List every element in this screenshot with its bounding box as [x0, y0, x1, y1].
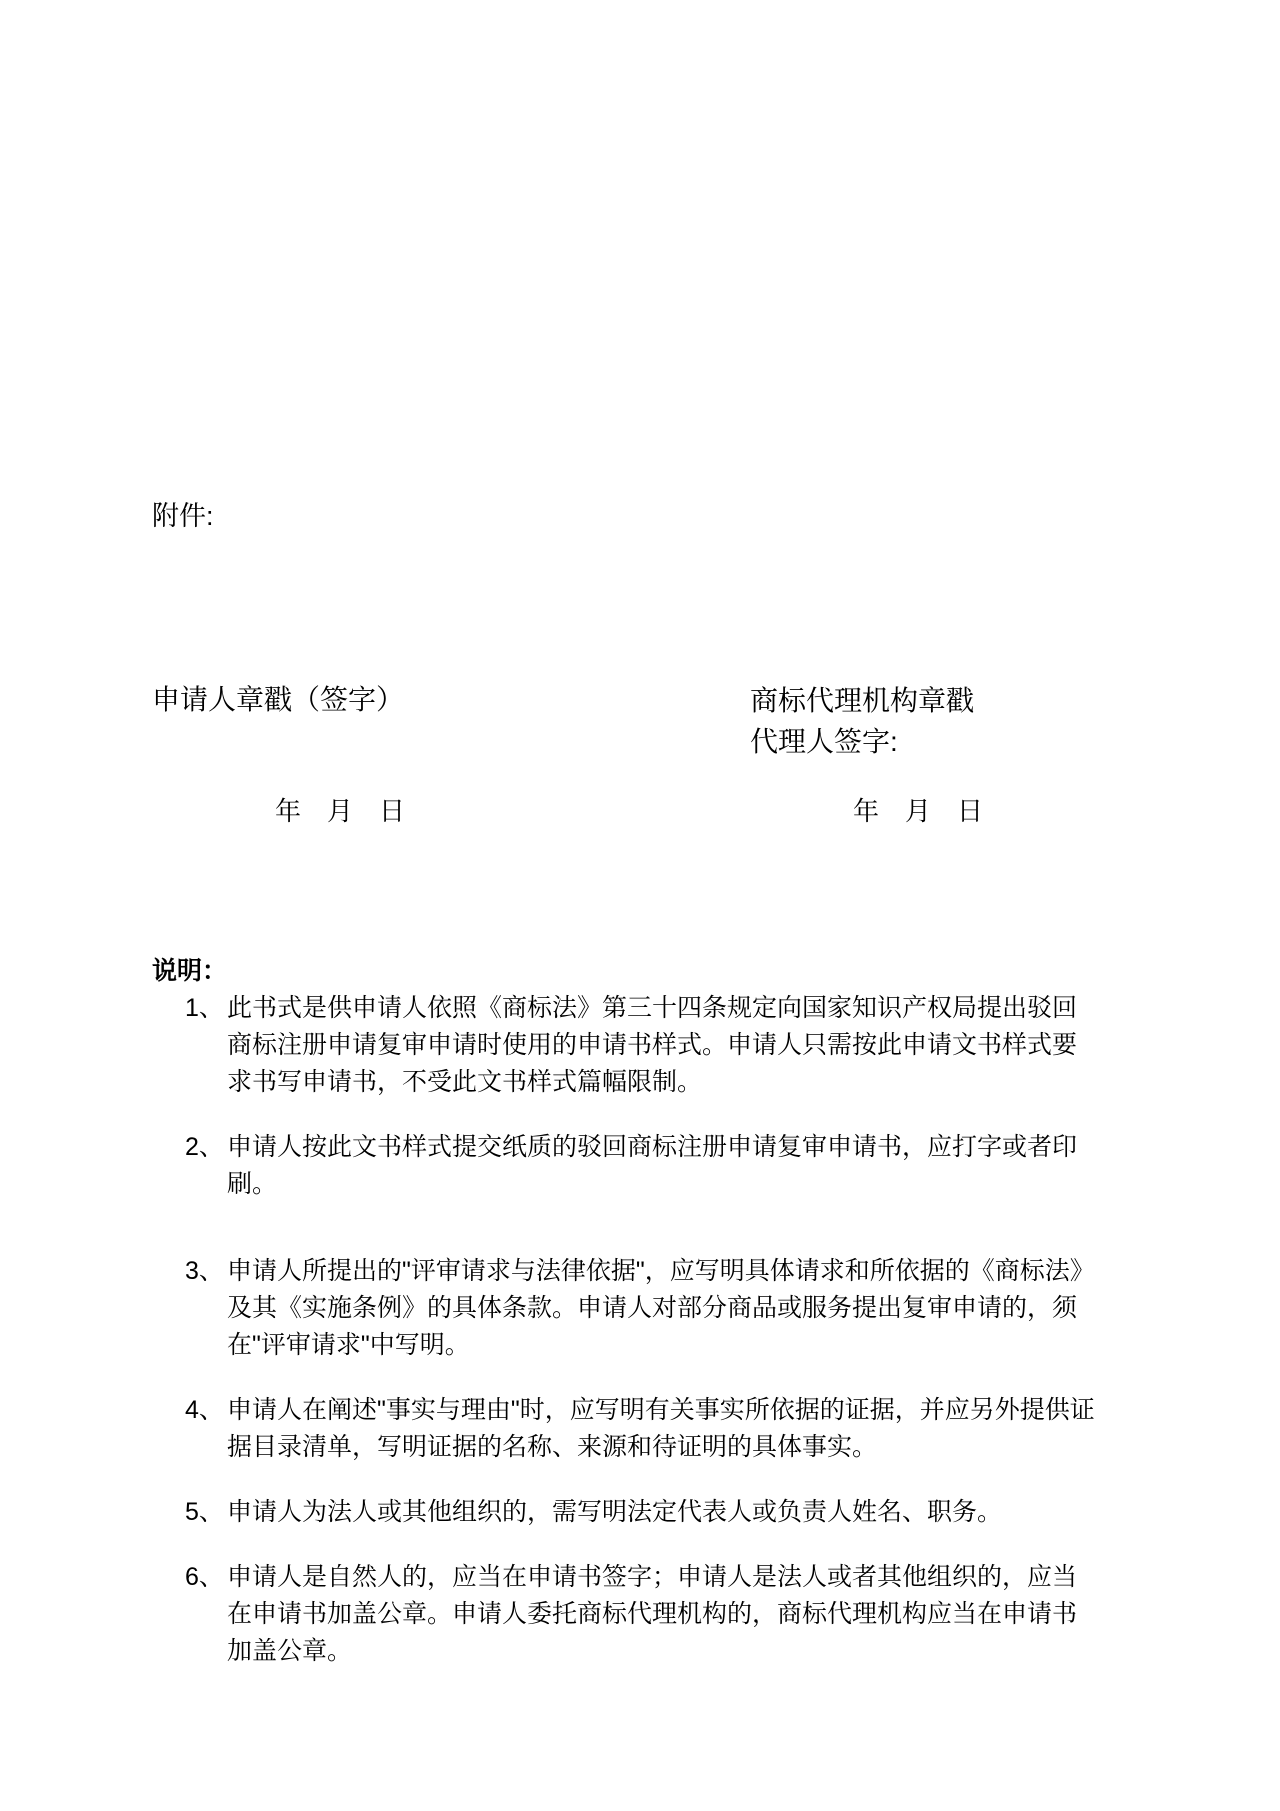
notes-heading: 说明：: [152, 953, 1162, 990]
note-number: 6、: [185, 1559, 227, 1596]
applicant-date-line: 年 月 日: [275, 796, 405, 826]
note-number: 4、: [185, 1392, 227, 1429]
note-text: 此书式是供申请人依照《商标法》第三十四条规定向国家知识产权局提出驳回 商标注册申…: [227, 990, 1162, 1101]
note-item-5: 5、 申请人为法人或其他组织的，需写明法定代表人或负责人姓名、职务。: [152, 1494, 1162, 1531]
document-page: 附件: 申请人章戳（签字） 商标代理机构章戳 代理人签字: 年 月 日 年 月 …: [0, 0, 1280, 1811]
agency-signature-block: 商标代理机构章戳 代理人签字:: [750, 680, 974, 762]
attachment-label: 附件:: [152, 500, 214, 532]
note-number: 2、: [185, 1129, 227, 1166]
note-text: 申请人是自然人的，应当在申请书签字；申请人是法人或者其他组织的，应当 在申请书加…: [227, 1559, 1162, 1670]
note-item-2: 2、 申请人按此文书样式提交纸质的驳回商标注册申请复审申请书，应打字或者印 刷。: [152, 1129, 1162, 1203]
note-text: 申请人所提出的"评审请求与法律依据"，应写明具体请求和所依据的《商标法》 及其《…: [227, 1253, 1162, 1364]
agency-date-line: 年 月 日: [853, 796, 983, 826]
notes-section: 说明： 1、 此书式是供申请人依照《商标法》第三十四条规定向国家知识产权局提出驳…: [152, 953, 1162, 1698]
note-number: 1、: [185, 990, 227, 1027]
note-number: 3、: [185, 1253, 227, 1290]
applicant-seal-label: 申请人章戳（签字）: [152, 684, 404, 716]
note-text: 申请人在阐述"事实与理由"时，应写明有关事实所依据的证据，并应另外提供证 据目录…: [227, 1392, 1162, 1466]
note-item-3: 3、 申请人所提出的"评审请求与法律依据"，应写明具体请求和所依据的《商标法》 …: [152, 1253, 1162, 1364]
note-number: 5、: [185, 1494, 227, 1531]
note-item-4: 4、 申请人在阐述"事实与理由"时，应写明有关事实所依据的证据，并应另外提供证 …: [152, 1392, 1162, 1466]
note-item-6: 6、 申请人是自然人的，应当在申请书签字；申请人是法人或者其他组织的，应当 在申…: [152, 1559, 1162, 1670]
note-text: 申请人按此文书样式提交纸质的驳回商标注册申请复审申请书，应打字或者印 刷。: [227, 1129, 1162, 1203]
agent-signature-label: 代理人签字:: [750, 721, 974, 762]
note-item-1: 1、 此书式是供申请人依照《商标法》第三十四条规定向国家知识产权局提出驳回 商标…: [152, 990, 1162, 1101]
note-text: 申请人为法人或其他组织的，需写明法定代表人或负责人姓名、职务。: [227, 1494, 1162, 1531]
agency-seal-label: 商标代理机构章戳: [750, 680, 974, 721]
